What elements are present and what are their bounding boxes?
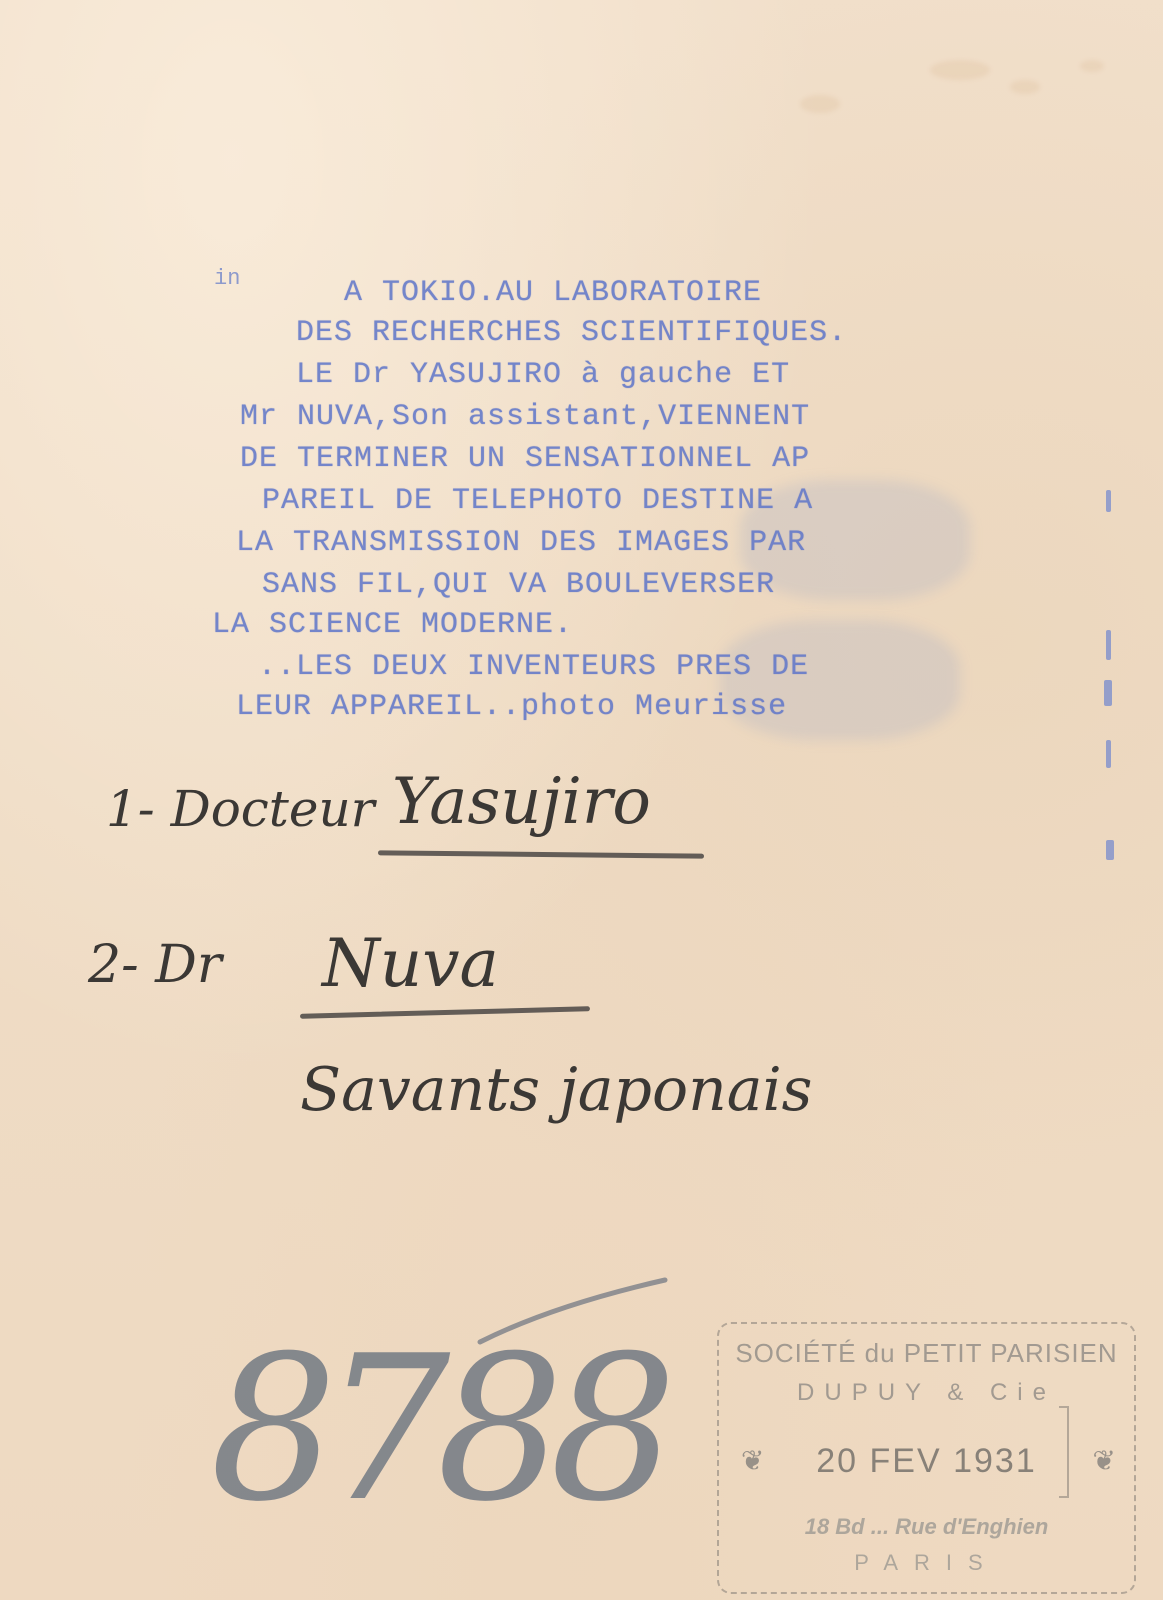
ink-mark — [1106, 840, 1114, 860]
caption-line: ..LES DEUX INVENTEURS PRES DE — [258, 652, 809, 682]
ink-mark — [1106, 490, 1111, 512]
typed-caption: A TOKIO.AU LABORATOIRE DES RECHERCHES SC… — [0, 0, 76, 390]
underline-nuva — [300, 1006, 590, 1019]
stamp-firm: DUPUY & Cie — [719, 1379, 1134, 1407]
handwritten-name-yasujiro: Yasujiro — [392, 765, 651, 839]
caption-line: LA SCIENCE MODERNE. — [212, 610, 573, 640]
handwritten-caption-savants: Savants japonais — [300, 1055, 812, 1125]
caption-line: LE Dr YASUJIRO à gauche ET — [296, 360, 790, 390]
caption-line: DES RECHERCHES SCIENTIFIQUES. — [296, 318, 847, 348]
margin-mark: in — [214, 266, 240, 291]
underline-yasujiro — [378, 850, 704, 858]
handwritten-line-1-prefix: 1- Docteur — [106, 780, 375, 838]
caption-line: A TOKIO.AU LABORATOIRE — [344, 278, 762, 308]
ink-mark — [1106, 630, 1111, 660]
ink-mark — [1106, 740, 1111, 768]
caption-line: LA TRANSMISSION DES IMAGES PAR — [236, 528, 806, 558]
handwritten-name-nuva: Nuva — [322, 925, 499, 1002]
caption-line: SANS FIL,QUI VA BOULEVERSER — [262, 570, 775, 600]
edge-ink-marks — [1100, 480, 1120, 870]
pencil-archive-number: 8788 — [210, 1330, 663, 1530]
stamp-city: PARIS — [719, 1550, 1134, 1576]
ink-mark — [1104, 680, 1112, 706]
fleur-ornament-icon: ❦ — [1093, 1444, 1116, 1477]
paper-stain — [800, 95, 840, 113]
stamp-date-bracket — [1059, 1406, 1069, 1498]
paper-stain — [930, 60, 990, 80]
handwritten-line-2-prefix: 2- Dr — [88, 935, 222, 995]
caption-line: Mr NUVA,Son assistant,VIENNENT — [240, 402, 810, 432]
photo-reverse-page: in A TOKIO.AU LABORATOIRE DES RECHERCHES… — [0, 0, 1163, 1600]
paper-stain — [1010, 80, 1040, 94]
stamp-date: 20 FEV 1931 — [719, 1442, 1134, 1481]
caption-line: PAREIL DE TELEPHOTO DESTINE A — [262, 486, 813, 516]
agency-stamp: SOCIÉTÉ du PETIT PARISIEN DUPUY & Cie ❦ … — [717, 1322, 1136, 1594]
caption-line: LEUR APPAREIL..photo Meurisse — [236, 692, 787, 722]
pencil-flourish — [470, 1272, 670, 1352]
caption-line: DE TERMINER UN SENSATIONNEL AP — [240, 444, 810, 474]
paper-stain — [1080, 60, 1104, 72]
stamp-company: SOCIÉTÉ du PETIT PARISIEN — [719, 1338, 1134, 1369]
stamp-address: 18 Bd ... Rue d'Enghien — [719, 1514, 1134, 1540]
